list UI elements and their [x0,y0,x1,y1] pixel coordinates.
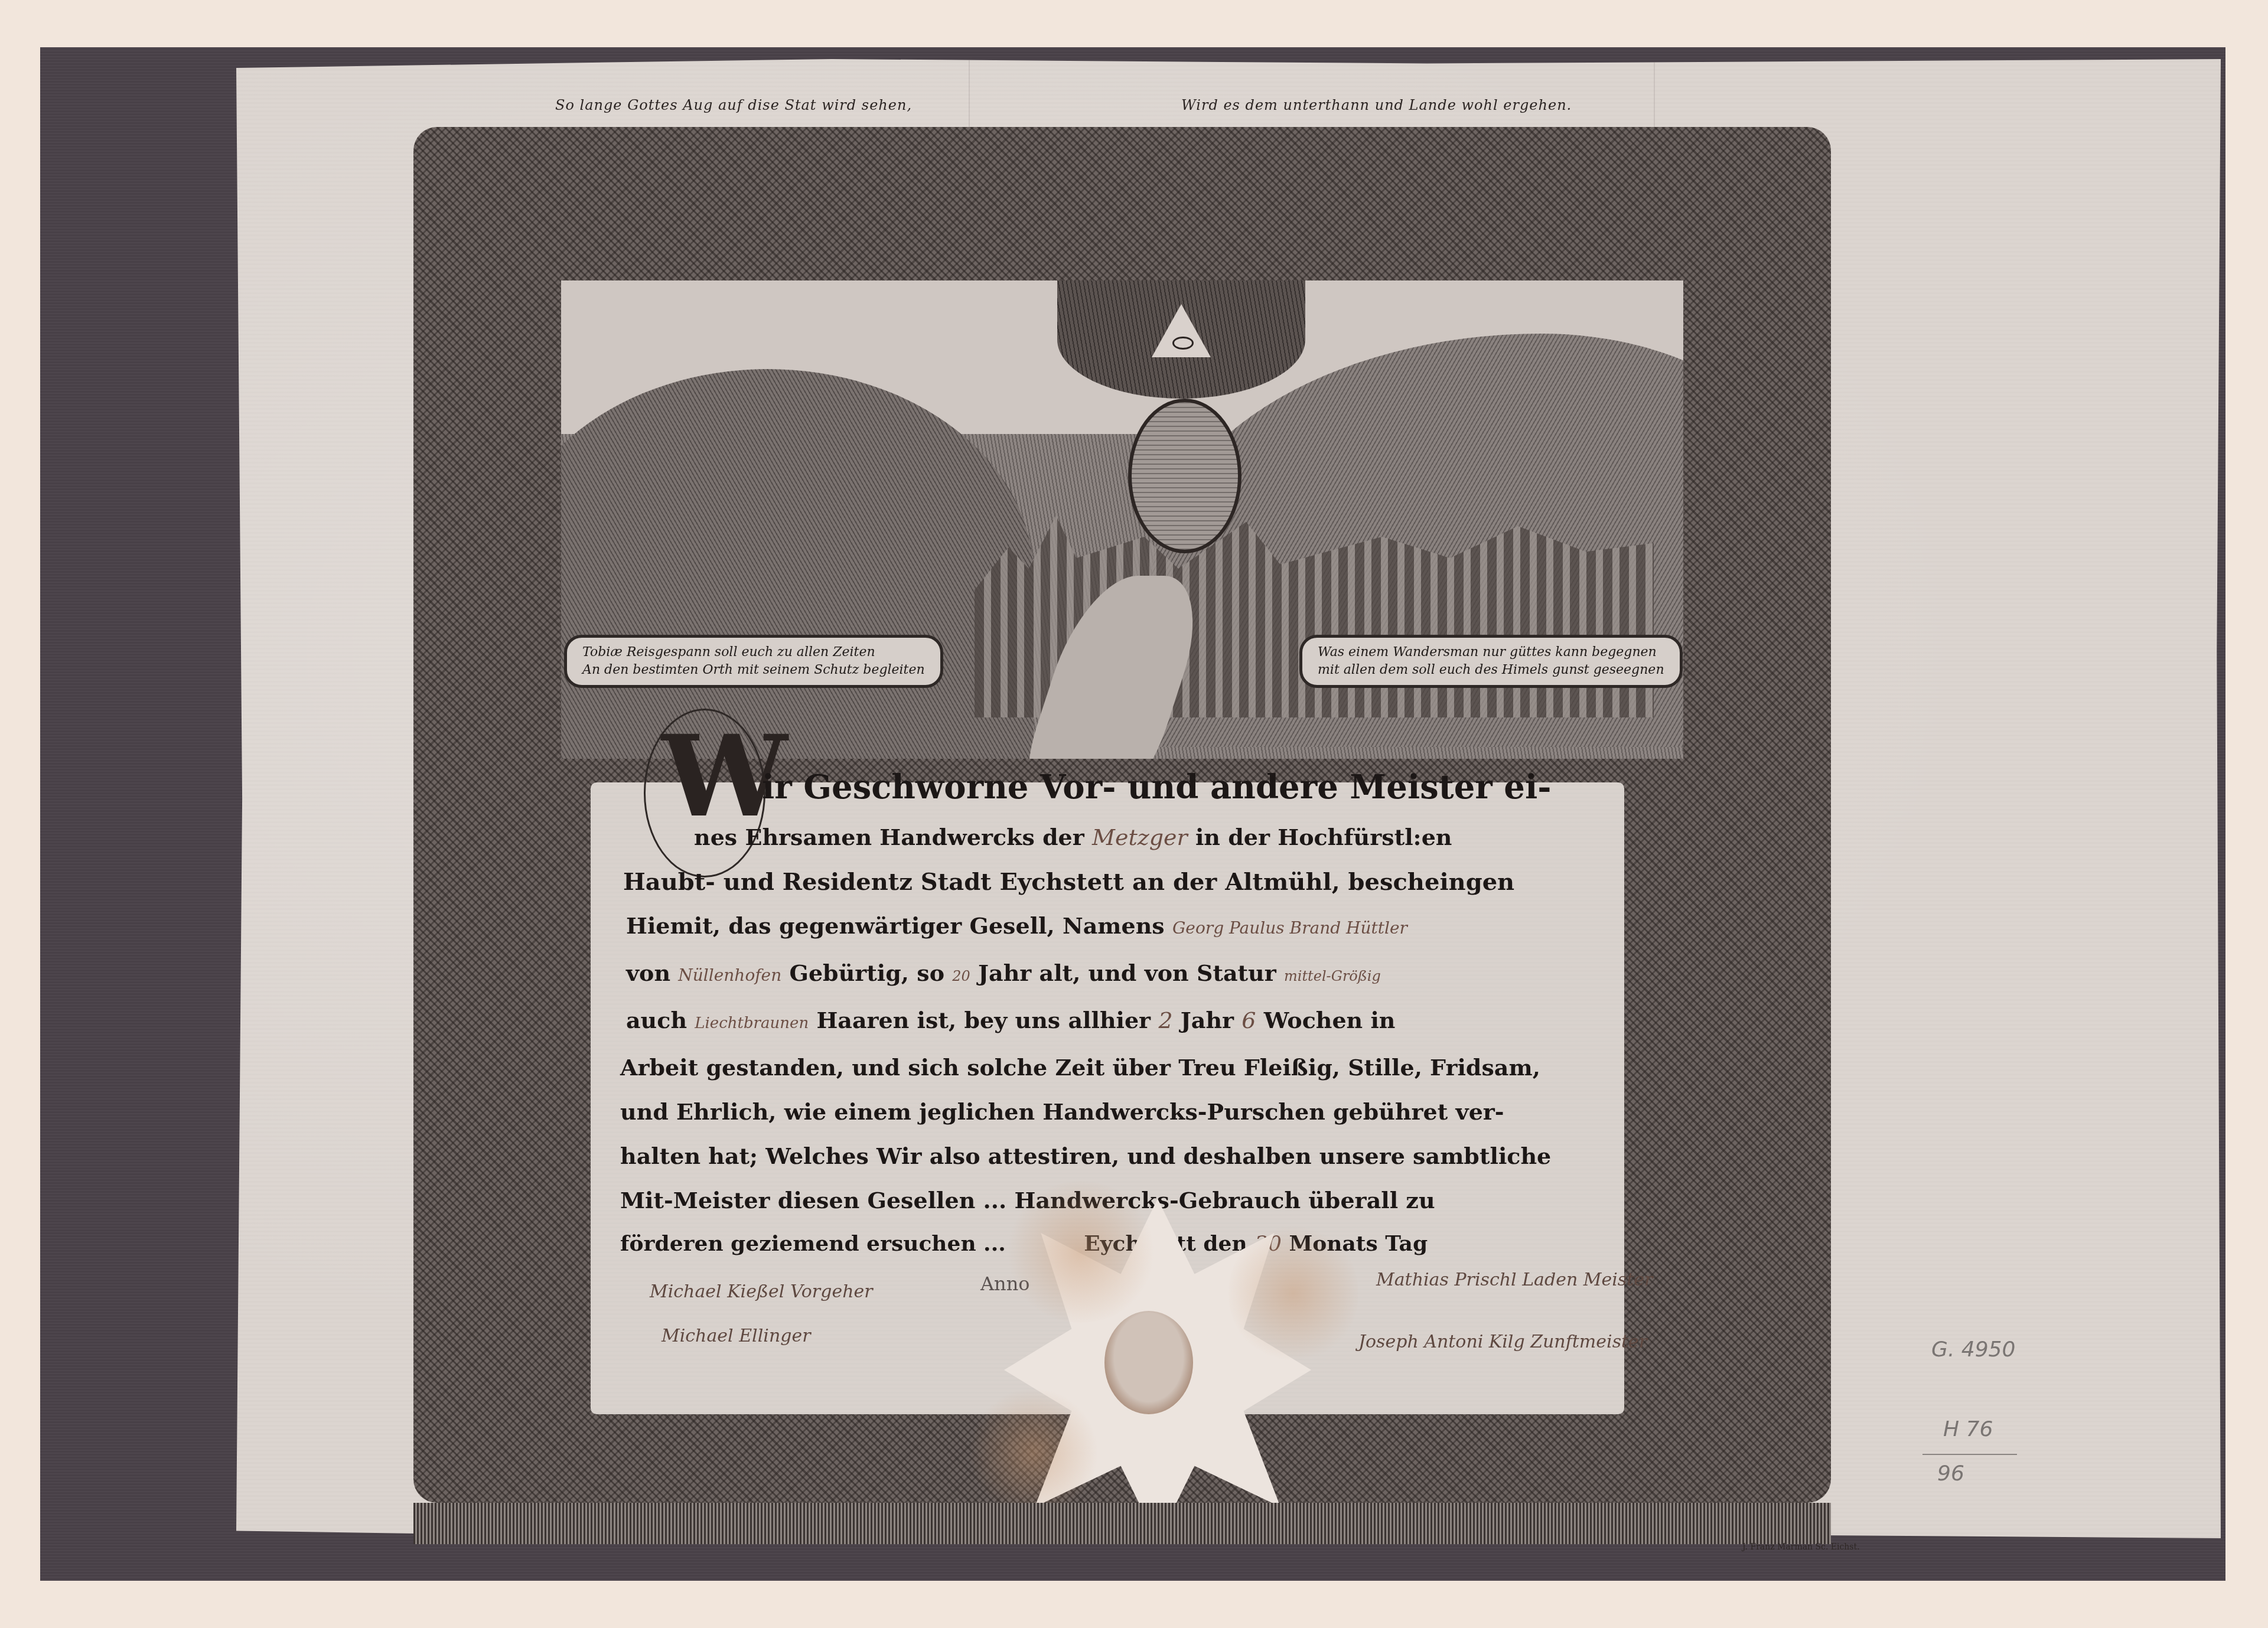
body-line-3: Haubt- und Residentz Stadt Eychstett an … [623,868,1514,896]
inventory-number: G. 4950 [1931,1337,2015,1362]
cartouche-left: Tobiæ Reisgespann soll euch zu allen Zei… [564,635,943,688]
signature-4: Joseph Antoni Kilg Zunftmeister [1358,1332,1647,1352]
wax-seal [1104,1311,1193,1414]
body-line-8: und Ehrlich, wie einem jeglichen Handwer… [620,1098,1504,1125]
motto-right: Wird es dem unterthann und Lande wohl er… [1181,97,1572,113]
cartouche-left-line-1: Tobiæ Reisgespann soll euch zu allen Zei… [582,644,925,661]
body-line-4: Hiemit, das gegenwärtiger Gesell, Namens… [626,912,1407,939]
handwritten-birthplace: Nüllenhofen [678,965,781,985]
stain [1228,1222,1358,1364]
signature-1: Michael Kießel Vorgeher [650,1281,873,1302]
stain [969,1388,1099,1518]
signature-3: Mathias Prischl Laden Meister [1376,1270,1653,1290]
body-line-1: ir Geschworne Vor- und andere Meister ei… [762,768,1551,807]
motto-left: So lange Gottes Aug auf dise Stat wird s… [555,97,912,113]
body-line-9: halten hat; Welches Wir also attestiren,… [620,1143,1551,1169]
body-line-5: von Nüllenhofen Gebürtig, so 20 Jahr alt… [626,960,1381,986]
handwritten-weeks: 6 [1241,1007,1256,1033]
city-coat-of-arms [1128,399,1241,553]
handwritten-stature: mittel-Größig [1284,968,1381,984]
eye-icon [1172,337,1194,350]
cartouche-left-line-2: An den bestimten Orth mit seinem Schutz … [582,661,925,679]
pencil-fraction-top: H 76 [1943,1417,1993,1441]
cartouche-right-line-2: mit allen dem soll euch des Himels gunst… [1318,661,1664,679]
central-emblem [1057,280,1305,599]
stain [1004,1181,1158,1323]
handwritten-years: 2 [1158,1007,1172,1033]
handwritten-hair: Liechtbraunen [695,1014,809,1032]
pencil-fraction-bottom: 96 [1937,1461,1964,1486]
body-line-2: nes Ehrsamen Handwercks der Metzger in d… [694,824,1452,850]
pencil-fraction-bar [1922,1454,2017,1455]
handwritten-name: Georg Paulus Brand Hüttler [1172,918,1407,938]
body-line-7: Arbeit gestanden, und sich solche Zeit ü… [620,1054,1540,1081]
handwritten-trade: Metzger [1092,824,1188,850]
engraver-signature: J. Franz Marman Sc. Eichst. [1742,1542,1860,1552]
handwritten-age: 20 [952,968,970,984]
frame-base-band [413,1503,1831,1544]
cartouche-right-line-1: Was einem Wandersman nur güttes kann beg… [1318,644,1664,661]
cartouche-right: Was einem Wandersman nur güttes kann beg… [1299,635,1683,688]
signature-2: Michael Ellinger [661,1326,811,1346]
body-line-6: auch Liechtbraunen Haaren ist, bey uns a… [626,1007,1396,1033]
